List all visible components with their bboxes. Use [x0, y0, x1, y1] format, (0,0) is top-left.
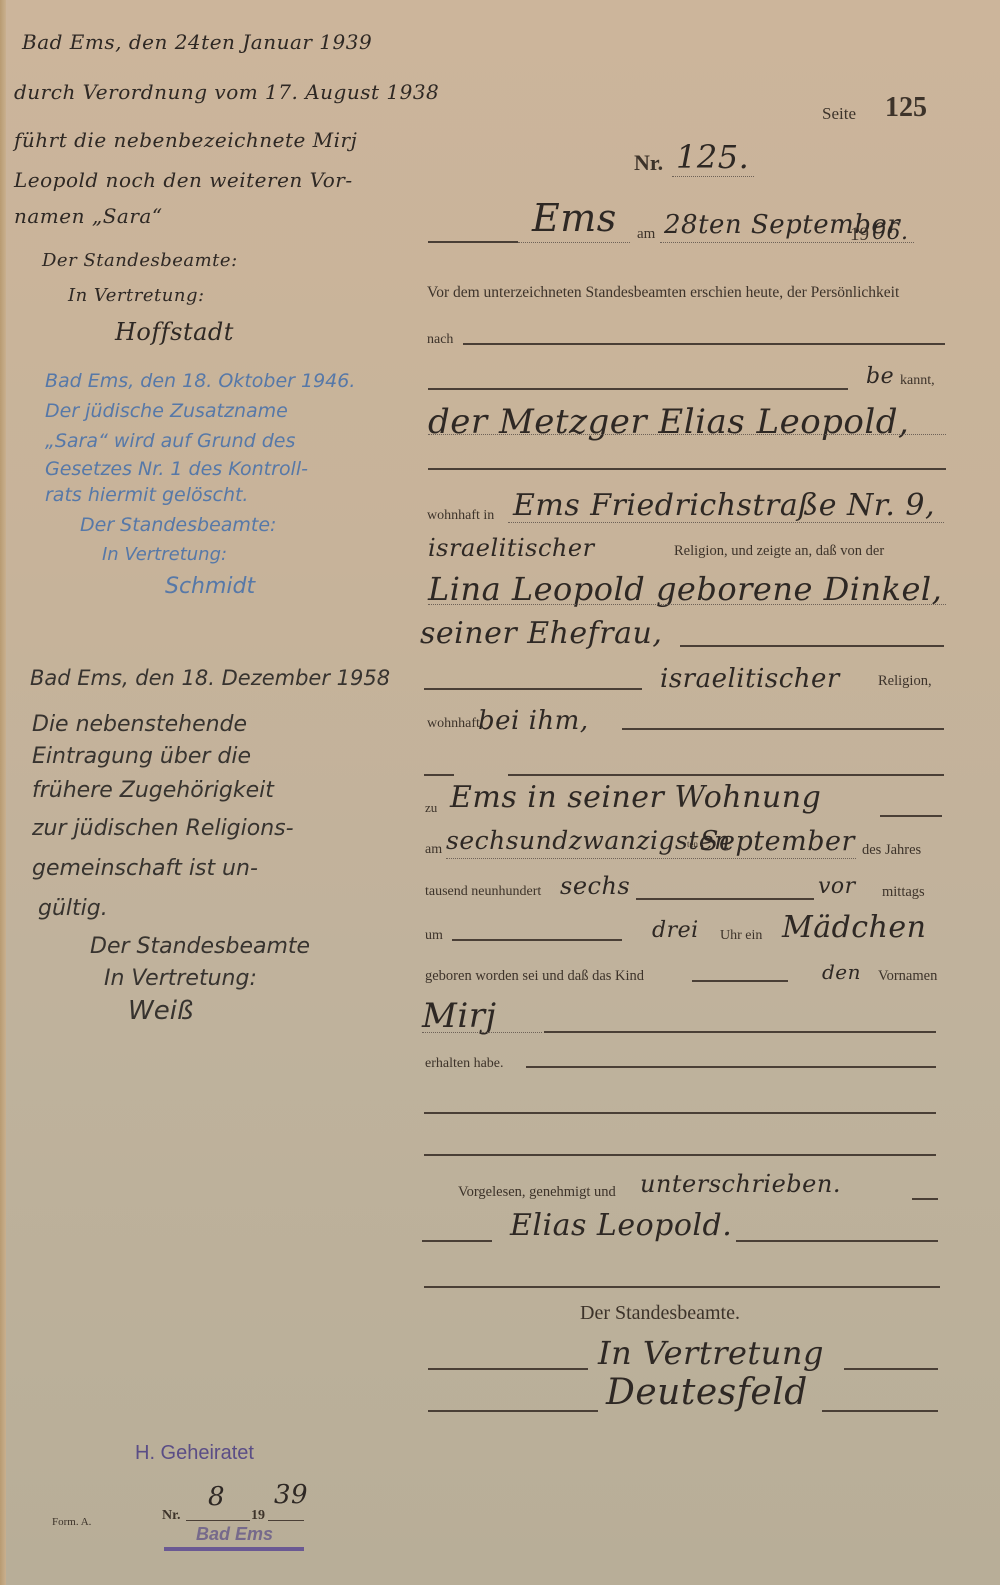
rule: [636, 898, 814, 900]
rule: [424, 1286, 940, 1288]
thousand-label: tausend neunhundert: [425, 884, 541, 900]
note-line: namen „Sara“: [14, 204, 163, 228]
vornamen-label: Vornamen: [878, 968, 937, 985]
rule: [268, 1520, 304, 1521]
den-field: den: [822, 960, 861, 984]
dotted-line: [428, 434, 946, 435]
religion-field: israelitischer: [428, 534, 595, 562]
mother-religion-field: israelitischer: [660, 664, 840, 694]
wife-field: seiner Ehefrau,: [420, 616, 662, 651]
note-line: Bad Ems, den 18. Dezember 1958: [30, 666, 390, 690]
rule: [428, 1368, 588, 1370]
child-name-field: Mirj: [422, 996, 496, 1036]
dotted-line: [422, 1032, 542, 1033]
note-line: Eintragung über die: [32, 744, 251, 769]
official-title: Der Standesbeamte:: [80, 514, 276, 536]
note-line: führt die nebenbezeichnete Mirj: [14, 128, 357, 152]
rule: [622, 728, 944, 730]
rule: [880, 815, 942, 817]
received-label: erhalten habe.: [425, 1056, 504, 1072]
official-title: Der Standesbeamte:: [42, 250, 238, 271]
official-label: Der Standesbeamte.: [580, 1302, 740, 1325]
rule: [424, 688, 642, 690]
note-line: frühere Zugehörigkeit: [32, 778, 274, 803]
rule: [822, 1410, 938, 1412]
note-line: Leopold noch den weiteren Vor-: [14, 168, 353, 192]
deputy-label: In Vertretung:: [104, 966, 257, 991]
married-stamp: H. Geheiratet: [135, 1442, 254, 1465]
rule: [736, 1240, 938, 1242]
mother-residence-field: bei ihm,: [478, 706, 589, 736]
birthday-suffix: ten: [687, 839, 698, 849]
note-line: Der jüdische Zusatzname: [45, 400, 288, 422]
rule: [422, 1240, 492, 1242]
dotted-line: [428, 604, 946, 605]
born-text: geboren worden sei und daß das Kind: [425, 968, 644, 985]
vor-field: vor: [818, 874, 856, 899]
note-line: gemeinschaft ist un-: [32, 856, 258, 881]
rule: [428, 388, 848, 390]
form-label: Form. A.: [52, 1516, 91, 1528]
note-line: durch Verordnung vom 17. August 1938: [14, 80, 439, 104]
birthmonth-field: September: [700, 826, 855, 857]
official-signature: Deutesfeld: [606, 1372, 808, 1413]
signature: Schmidt: [165, 574, 255, 599]
page-number: 125: [885, 92, 927, 124]
mother-residence-label: wohnhaft: [427, 716, 480, 732]
mother-religion-label: Religion,: [878, 673, 932, 690]
dotted-line: [660, 242, 914, 243]
known-label: kannt,: [900, 373, 935, 389]
signature: Weiß: [128, 996, 193, 1026]
declarant-field: der Metzger Elias Leopold,: [428, 402, 909, 442]
declarant-signature: Elias Leopold.: [510, 1208, 732, 1243]
year-label: des Jahres: [862, 842, 921, 859]
residence-field: Ems Friedrichstraße Nr. 9,: [513, 488, 935, 523]
note-line: rats hiermit gelöscht.: [45, 484, 248, 506]
rule: [692, 980, 788, 982]
footer-year-printed: 19: [251, 1508, 265, 1524]
official-title: Der Standesbeamte: [90, 934, 310, 959]
rule: [428, 241, 518, 243]
signature: Hoffstadt: [115, 318, 234, 346]
dotted-line: [518, 242, 630, 243]
year-word-field: sechs: [560, 872, 630, 900]
mittags-label: mittags: [882, 884, 925, 901]
sex-field: Mädchen: [782, 910, 927, 945]
rule: [424, 774, 454, 776]
mother-field: Lina Leopold geborene Dinkel,: [428, 570, 942, 608]
page-label: Seite: [822, 104, 856, 124]
note-line: Gesetzes Nr. 1 des Kontroll-: [45, 458, 308, 480]
religion-label: Religion, und zeigte an, daß von der: [674, 543, 884, 560]
note-line: Die nebenstehende: [32, 712, 247, 737]
rule: [544, 1031, 936, 1033]
record-label: Nr.: [634, 150, 663, 176]
uhr-label: Uhr ein: [720, 928, 762, 944]
official-deputy: In Vertretung: [598, 1334, 824, 1372]
marriage-number: 8: [208, 1482, 225, 1512]
rule: [428, 1410, 598, 1412]
birthdate-label: am: [425, 842, 442, 858]
hour-field: drei: [652, 918, 699, 943]
rule: [424, 1112, 936, 1114]
rule: [680, 645, 944, 647]
note-line: gültig.: [38, 896, 108, 921]
note-line: Bad Ems, den 24ten Januar 1939: [22, 30, 372, 54]
signed-field: unterschrieben.: [640, 1170, 841, 1198]
rule: [508, 774, 944, 776]
birthplace-field: Ems in seiner Wohnung: [450, 780, 821, 815]
record-number: 125.: [676, 138, 749, 176]
place-field: Ems: [532, 196, 617, 240]
rule: [452, 939, 622, 941]
nach-label: nach: [427, 332, 453, 348]
page-edge: [0, 0, 6, 1585]
birthplace-label: zu: [425, 800, 437, 816]
dotted-line: [446, 858, 856, 859]
record-number-line: [672, 176, 754, 177]
rule: [912, 1198, 938, 1200]
read-label: Vorgelesen, genehmigt und: [458, 1184, 616, 1201]
rule: [526, 1066, 936, 1068]
footer-year-field: 39: [274, 1480, 308, 1510]
date-prefix: am: [637, 226, 655, 243]
note-line: zur jüdischen Religions-: [32, 816, 294, 841]
residence-label: wohnhaft in: [427, 508, 494, 524]
stamp-underline: [164, 1547, 304, 1551]
known-field: be: [866, 364, 894, 389]
intro-text: Vor dem unterzeichneten Standesbeamten e…: [427, 284, 899, 302]
dotted-line: [508, 522, 944, 523]
note-line: Bad Ems, den 18. Oktober 1946.: [45, 370, 355, 392]
office-stamp: Bad Ems: [196, 1524, 273, 1545]
note-line: „Sara“ wird auf Grund des: [45, 430, 295, 452]
um-label: um: [425, 928, 443, 944]
rule: [428, 468, 946, 470]
rule: [186, 1520, 250, 1521]
deputy-label: In Vertretung:: [68, 285, 205, 306]
rule: [463, 343, 945, 345]
deputy-label: In Vertretung:: [102, 544, 227, 565]
rule: [844, 1368, 938, 1370]
nr-label: Nr.: [162, 1508, 181, 1524]
rule: [424, 1154, 936, 1156]
